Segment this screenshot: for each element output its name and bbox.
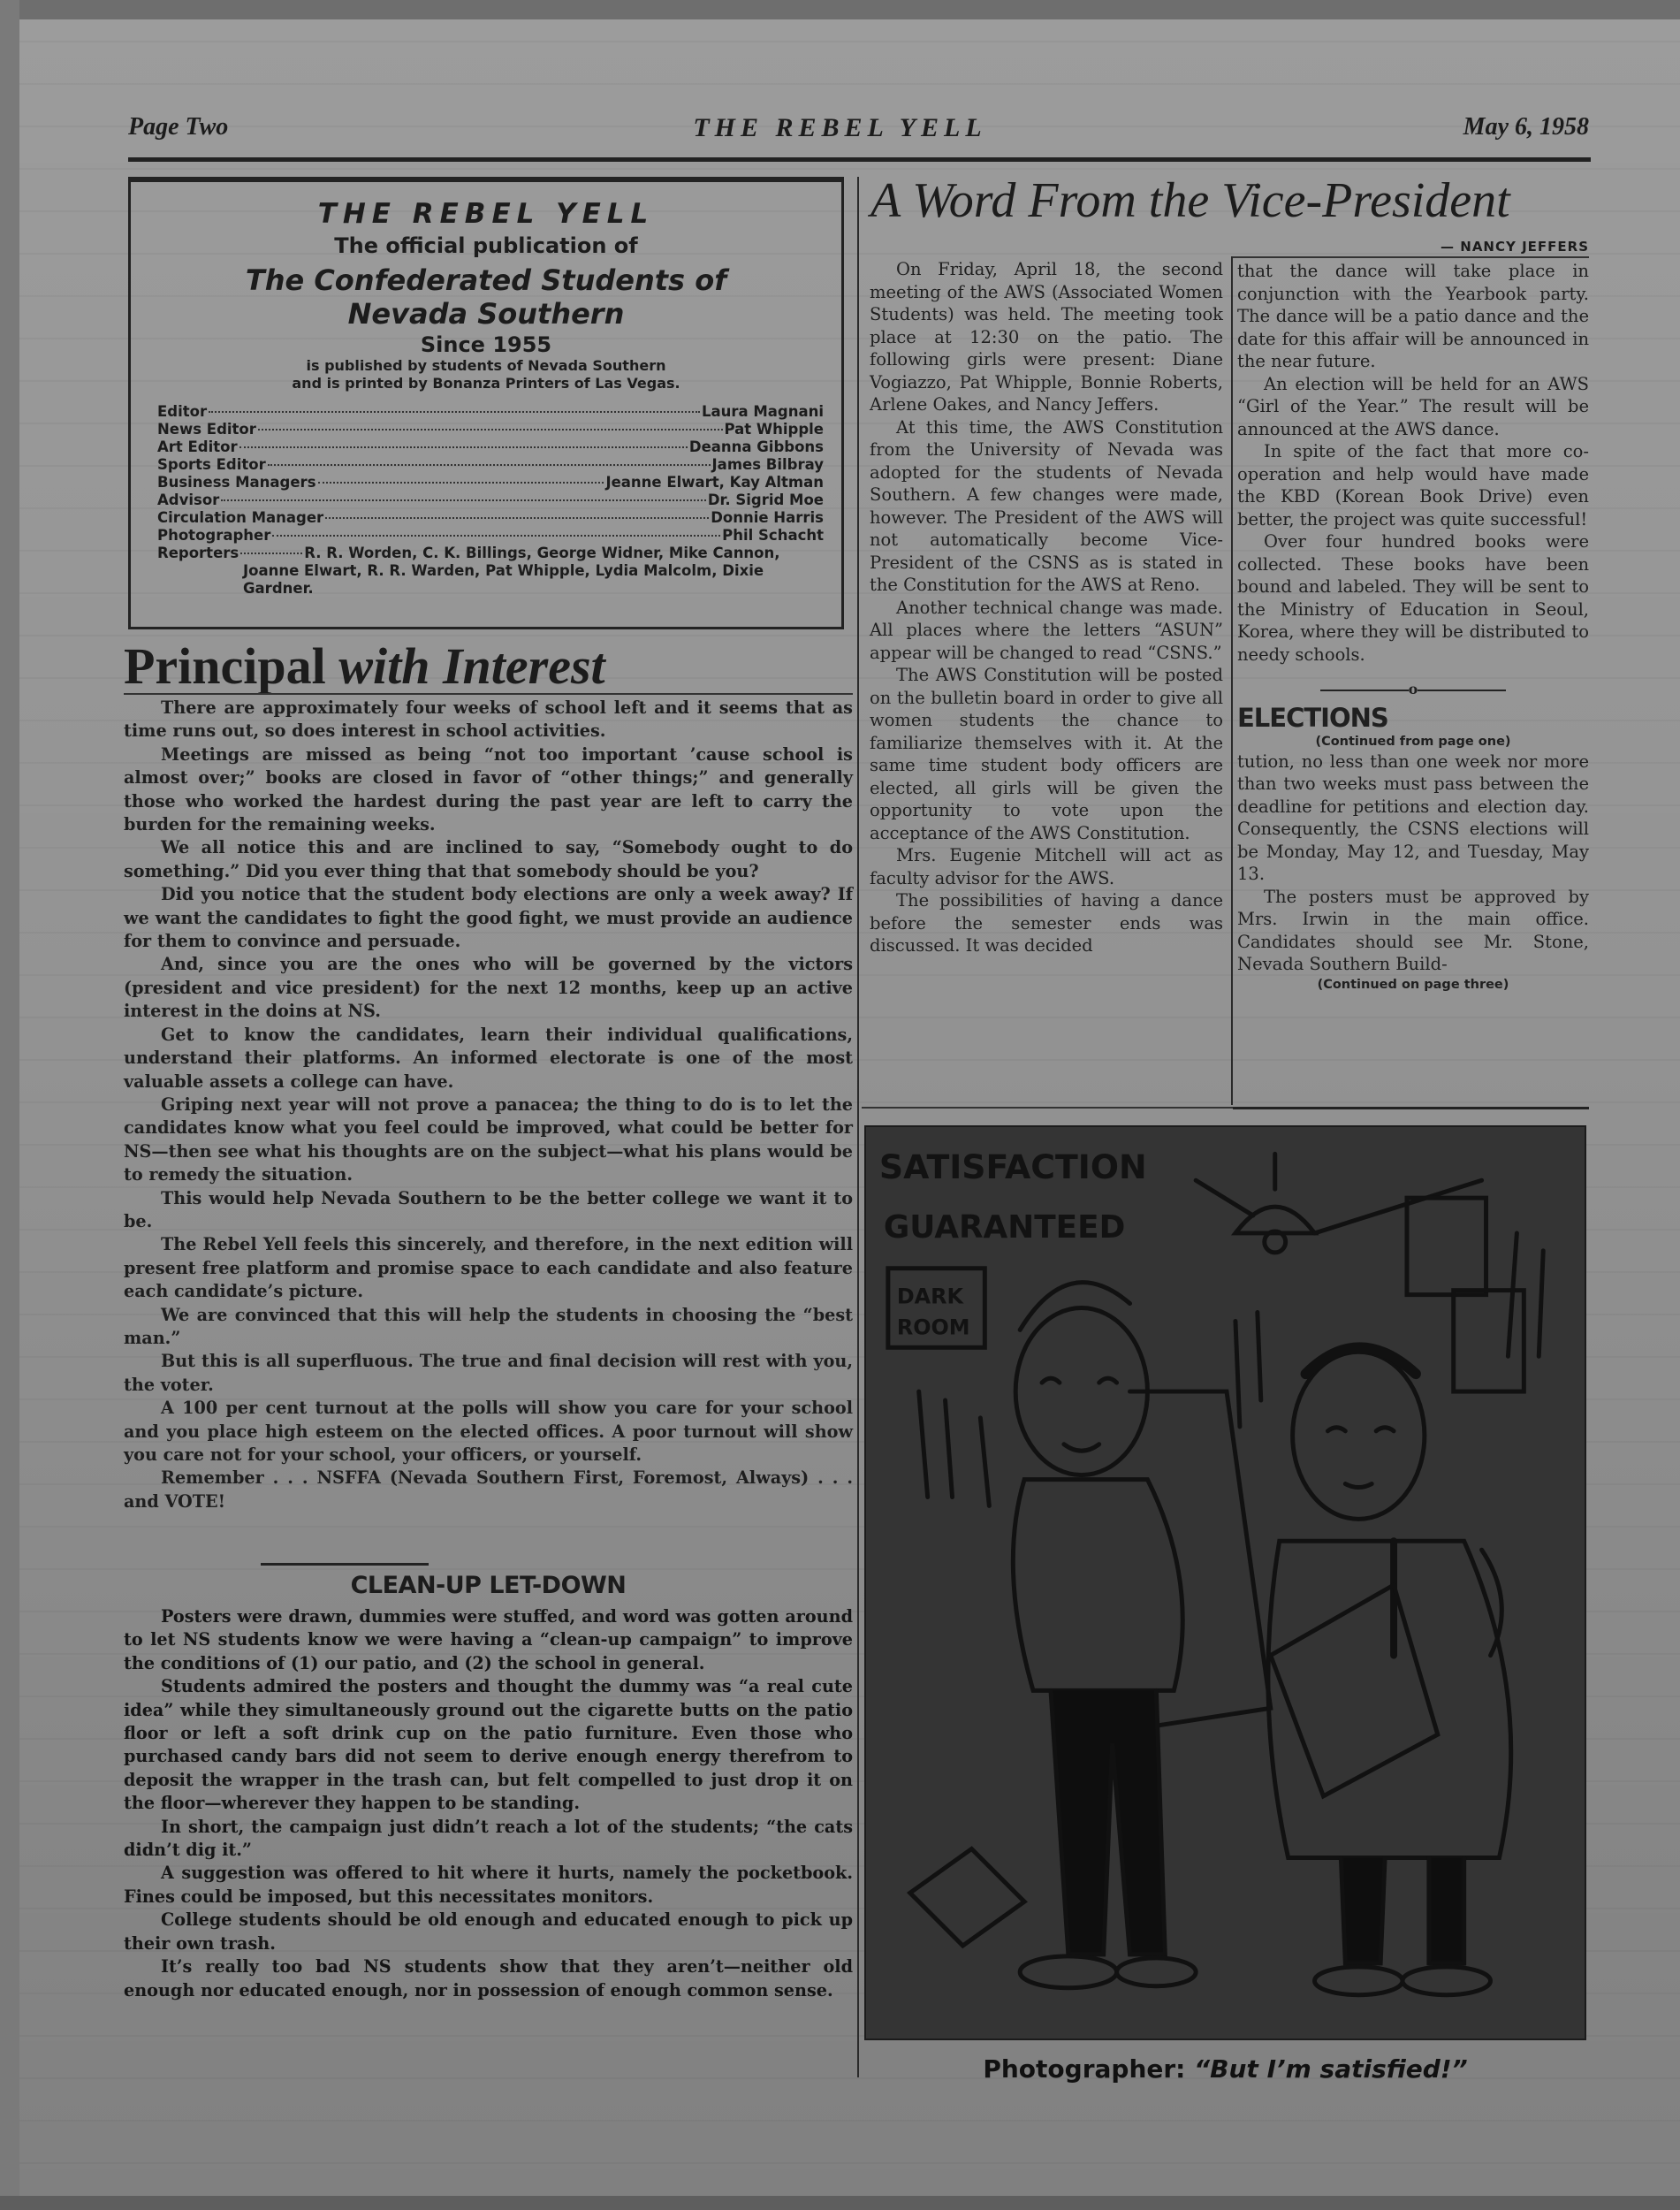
separator-line xyxy=(1320,690,1409,691)
staff-row: Art EditorDeanna Gibbons xyxy=(157,438,824,456)
folio-paper-name: THE REBEL YELL xyxy=(0,113,1680,143)
masthead-line1: The official publication of xyxy=(131,233,841,258)
reporters-line2: Joanne Elwart, R. R. Warden, Pat Whipple… xyxy=(157,562,824,598)
byline: — NANCY JEFFERS xyxy=(1441,239,1589,255)
headline-rule xyxy=(124,693,853,695)
masthead-published-by: is published by students of Nevada South… xyxy=(131,357,841,375)
article-paragraph: College students should be old enough an… xyxy=(124,1909,853,1955)
staff-name: James Bilbray xyxy=(712,456,824,474)
headline-cleanup: CLEAN-UP LET-DOWN xyxy=(124,1572,853,1599)
article-paragraph: Posters were drawn, dummies were stuffed… xyxy=(124,1605,853,1675)
column-divider xyxy=(857,177,859,2077)
staff-role: Business Managers xyxy=(157,474,316,492)
separator-line xyxy=(1418,690,1506,691)
staff-row: AdvisorDr. Sigrid Moe xyxy=(157,492,824,509)
staff-row: ReportersR. R. Worden, C. K. Billings, G… xyxy=(157,545,824,562)
cartoon-illustration: SATISFACTION GUARANTEED DARK ROOM xyxy=(864,1125,1586,2040)
staff-row: PhotographerPhil Schacht xyxy=(157,527,824,545)
masthead-title: THE REBEL YELL xyxy=(131,198,841,230)
article-paragraph: This would help Nevada Southern to be th… xyxy=(124,1187,853,1234)
header-rule xyxy=(128,157,1591,162)
staff-role: Sports Editor xyxy=(157,456,266,474)
article-paragraph: An election will be held for an AWS “Gir… xyxy=(1237,373,1589,441)
article-paragraph: At this time, the AWS Constitution from … xyxy=(870,416,1223,597)
leader-dots xyxy=(318,482,604,484)
article-paragraph: The possibilities of having a dance befo… xyxy=(870,889,1223,957)
section-rule xyxy=(1233,1107,1589,1109)
article-paragraph: In short, the campaign just didn’t reach… xyxy=(124,1816,853,1863)
column-divider xyxy=(1231,256,1233,1105)
section-rule xyxy=(862,1107,1233,1109)
cartoon-door-sign-line1: DARK xyxy=(897,1284,965,1309)
masthead-printed-by: and is printed by Bonanza Printers of La… xyxy=(131,375,841,392)
cartoon-drawing: SATISFACTION GUARANTEED DARK ROOM xyxy=(866,1127,1585,2039)
article-paragraph: Students admired the posters and thought… xyxy=(124,1675,853,1815)
cartoon-sign-line1: SATISFACTION xyxy=(879,1147,1147,1186)
leader-dots xyxy=(268,464,711,466)
headline-elections: ELECTIONS xyxy=(1237,703,1589,733)
continued-on: (Continued on page three) xyxy=(1237,976,1589,994)
headline-roman: Principal xyxy=(124,637,326,695)
caption-speaker: Photographer: xyxy=(983,2054,1194,2084)
staff-row: EditorLaura Magnani xyxy=(157,403,824,421)
article-paragraph: A suggestion was offered to hit where it… xyxy=(124,1862,853,1909)
article-paragraph: Over four hundred books were collected. … xyxy=(1237,530,1589,666)
byline-rule xyxy=(1233,256,1589,258)
leader-dots xyxy=(240,552,302,554)
staff-row: Circulation ManagerDonnie Harris xyxy=(157,509,824,527)
staff-name: Jeanne Elwart, Kay Altman xyxy=(605,474,824,492)
staff-role: Circulation Manager xyxy=(157,509,323,527)
leader-dots xyxy=(272,535,720,537)
article-paragraph: A 100 per cent turnout at the polls will… xyxy=(124,1397,853,1467)
article-paragraph: And, since you are the ones who will be … xyxy=(124,953,853,1023)
headline-italic: with Interest xyxy=(338,637,604,695)
staff-name: Pat Whipple xyxy=(725,421,825,438)
article-paragraph: that the dance will take place in conjun… xyxy=(1237,260,1589,373)
masthead-box: THE REBEL YELL The official publication … xyxy=(128,177,844,629)
leader-dots xyxy=(221,499,706,501)
vp-article-column-2: that the dance will take place in conjun… xyxy=(1237,260,1589,994)
cleanup-article-body: Posters were drawn, dummies were stuffed… xyxy=(124,1605,853,2002)
article-paragraph: The Rebel Yell feels this sincerely, and… xyxy=(124,1233,853,1303)
cartoon-caption: Photographer: “But I’m satisfied!” xyxy=(864,2054,1586,2084)
section-separator: o xyxy=(1237,678,1589,701)
reporters-line1: R. R. Worden, C. K. Billings, George Wid… xyxy=(304,545,779,562)
principal-article-body: There are approximately four weeks of sc… xyxy=(124,697,853,1513)
staff-row: Sports EditorJames Bilbray xyxy=(157,456,824,474)
article-paragraph: On Friday, April 18, the second meeting … xyxy=(870,258,1223,416)
staff-name: Dr. Sigrid Moe xyxy=(708,492,824,509)
article-paragraph: There are approximately four weeks of sc… xyxy=(124,697,853,743)
article-paragraph: It’s really too bad NS students show tha… xyxy=(124,1955,853,2002)
vp-article-column-1: On Friday, April 18, the second meeting … xyxy=(870,258,1223,957)
leader-dots xyxy=(209,411,700,413)
caption-quote: “But I’m satisfied!” xyxy=(1194,2054,1468,2084)
leader-dots xyxy=(239,446,688,448)
masthead-line2: The Confederated Students of xyxy=(131,263,841,297)
cartoon-sign-line2: GUARANTEED xyxy=(884,1209,1125,1246)
article-paragraph: Remember . . . NSFFA (Nevada Southern Fi… xyxy=(124,1467,853,1513)
article-paragraph: Get to know the candidates, learn their … xyxy=(124,1024,853,1094)
scan-edge-top xyxy=(0,0,1680,19)
staff-row: Business ManagersJeanne Elwart, Kay Altm… xyxy=(157,474,824,492)
headline-vice-president: A Word From the Vice-President xyxy=(870,172,1586,229)
staff-list: EditorLaura Magnani News EditorPat Whipp… xyxy=(157,403,824,598)
scan-edge-bottom xyxy=(0,2196,1680,2210)
article-paragraph: Meetings are missed as being “not too im… xyxy=(124,743,853,837)
staff-name: Donnie Harris xyxy=(711,509,824,527)
article-paragraph: In spite of the fact that more co-operat… xyxy=(1237,440,1589,530)
staff-name: Deanna Gibbons xyxy=(689,438,824,456)
staff-role: News Editor xyxy=(157,421,256,438)
separator-glyph: o xyxy=(1409,681,1418,697)
staff-role: Advisor xyxy=(157,492,219,509)
staff-role: Reporters xyxy=(157,545,239,562)
staff-reporters: ReportersR. R. Worden, C. K. Billings, G… xyxy=(157,545,824,598)
cartoon-door-sign-line2: ROOM xyxy=(897,1315,970,1339)
staff-role: Editor xyxy=(157,403,207,421)
article-paragraph: Mrs. Eugenie Mitchell will act as facult… xyxy=(870,844,1223,889)
article-paragraph: We all notice this and are inclined to s… xyxy=(124,836,853,883)
masthead-since: Since 1955 xyxy=(131,332,841,357)
folio-date: May 6, 1958 xyxy=(1463,113,1589,141)
folio-page-label: Page Two xyxy=(128,113,228,141)
article-paragraph: The posters must be approved by Mrs. Irw… xyxy=(1237,886,1589,976)
staff-name: Phil Schacht xyxy=(722,527,824,545)
leader-dots xyxy=(325,517,709,519)
scan-edge-left xyxy=(0,0,19,2210)
article-paragraph: Another technical change was made. All p… xyxy=(870,597,1223,665)
section-rule xyxy=(261,1563,429,1566)
article-paragraph: We are convinced that this will help the… xyxy=(124,1304,853,1351)
headline-principal: Principal with Interest xyxy=(124,636,605,696)
article-paragraph: The AWS Constitution will be posted on t… xyxy=(870,664,1223,844)
staff-role: Art Editor xyxy=(157,438,238,456)
article-paragraph: Did you notice that the student body ele… xyxy=(124,883,853,953)
staff-row: News EditorPat Whipple xyxy=(157,421,824,438)
staff-name: Laura Magnani xyxy=(702,403,824,421)
staff-role: Photographer xyxy=(157,527,270,545)
newspaper-page: THE REBEL YELL Page Two May 6, 1958 THE … xyxy=(0,0,1680,2210)
article-paragraph: But this is all superfluous. The true an… xyxy=(124,1350,853,1397)
article-paragraph: tution, no less than one week nor more t… xyxy=(1237,751,1589,886)
continued-from: (Continued from page one) xyxy=(1237,733,1589,751)
masthead-line3: Nevada Southern xyxy=(131,297,841,331)
leader-dots xyxy=(258,429,723,431)
article-paragraph: Griping next year will not prove a panac… xyxy=(124,1094,853,1187)
